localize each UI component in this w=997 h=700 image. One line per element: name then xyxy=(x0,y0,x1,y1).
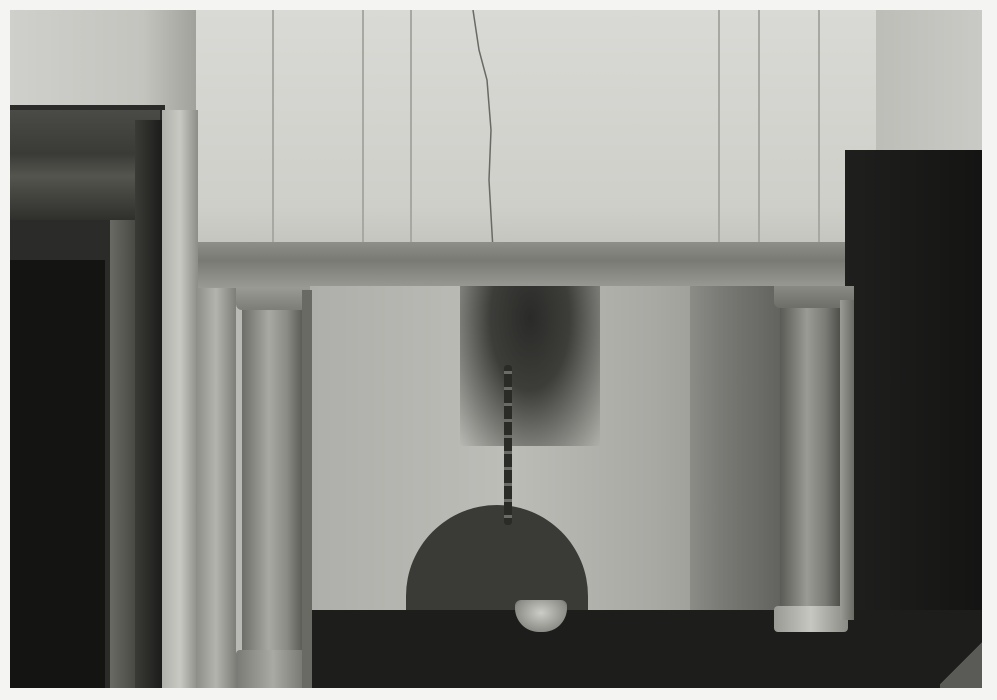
hood-panel-line xyxy=(818,10,820,250)
hood-panel-line xyxy=(362,10,364,250)
hood-panel-line xyxy=(758,10,760,250)
fireplace-photograph: Black-and-white photograph of a stone fi… xyxy=(10,10,982,688)
door-casing xyxy=(135,120,163,688)
hood-panel-line xyxy=(272,10,274,250)
right-pilaster xyxy=(840,300,854,620)
left-column-capital xyxy=(236,288,310,310)
hearth-floor xyxy=(310,610,982,688)
dark-wall-right xyxy=(845,150,982,688)
hood-panel-line xyxy=(410,10,412,250)
left-pilaster xyxy=(196,288,236,688)
mantel xyxy=(196,242,876,288)
wall-strip xyxy=(162,110,198,688)
right-column-base xyxy=(774,606,848,632)
right-column xyxy=(780,300,840,620)
firebox-edge-left xyxy=(302,290,312,688)
doorway-opening xyxy=(10,260,105,688)
left-column xyxy=(242,300,302,688)
soot-stain xyxy=(460,286,600,446)
upper-wall-right xyxy=(872,10,982,160)
hood-panel-line xyxy=(718,10,720,250)
hood-crack xyxy=(465,10,505,255)
photo-corner-mount xyxy=(940,638,982,688)
door-jamb xyxy=(110,220,135,688)
fireplace-hood xyxy=(196,10,876,255)
hanging-chain-icon xyxy=(504,365,512,525)
left-column-base xyxy=(236,650,310,688)
upper-wall-left xyxy=(10,10,200,110)
